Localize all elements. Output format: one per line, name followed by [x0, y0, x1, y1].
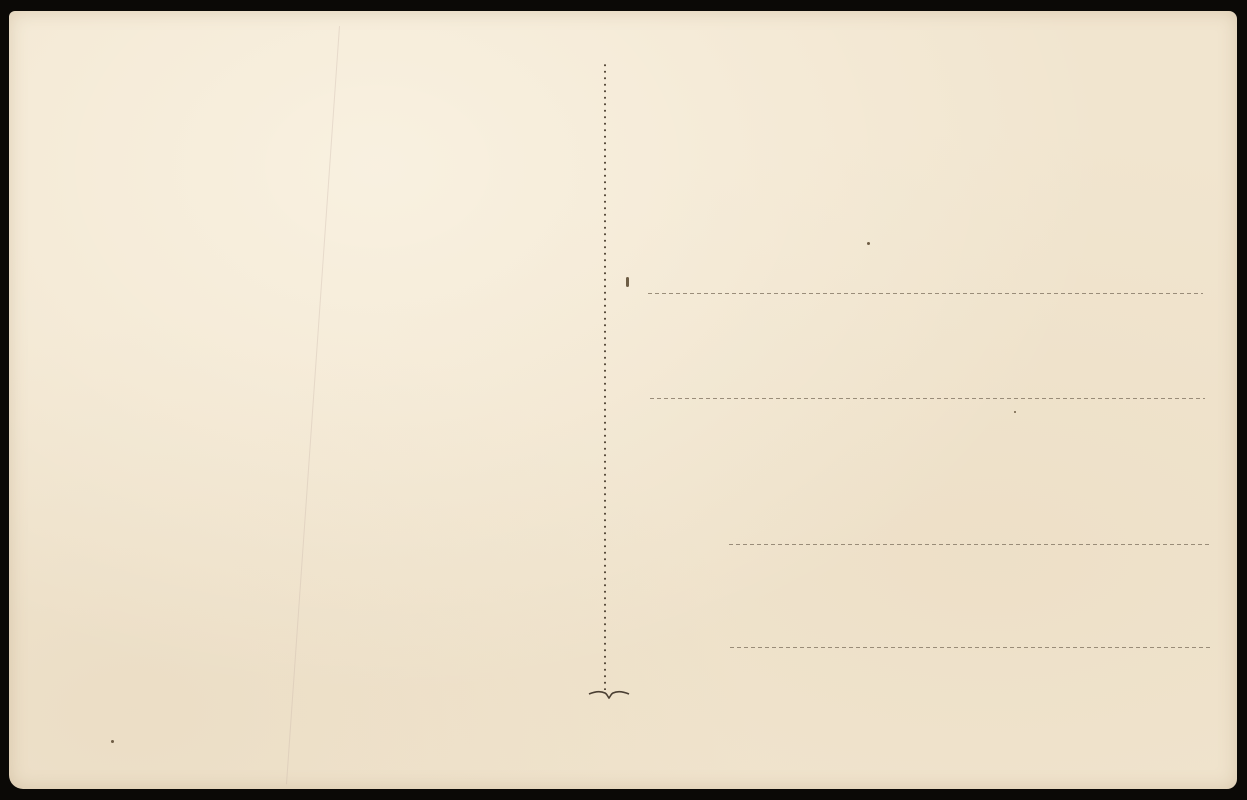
address-line-1: [648, 293, 1203, 295]
ink-speck: [1014, 411, 1016, 413]
ink-speck: [626, 277, 629, 287]
ink-speck: [111, 740, 114, 743]
address-line-4: [730, 647, 1210, 649]
address-line-3: [729, 544, 1209, 546]
paper-crease: [286, 26, 340, 784]
address-line-2: [650, 398, 1205, 400]
center-divider-dotted-line: [604, 62, 606, 690]
divider-flourish-ornament: [588, 687, 630, 701]
ink-speck: [867, 242, 870, 245]
postcard-back: [9, 11, 1237, 789]
